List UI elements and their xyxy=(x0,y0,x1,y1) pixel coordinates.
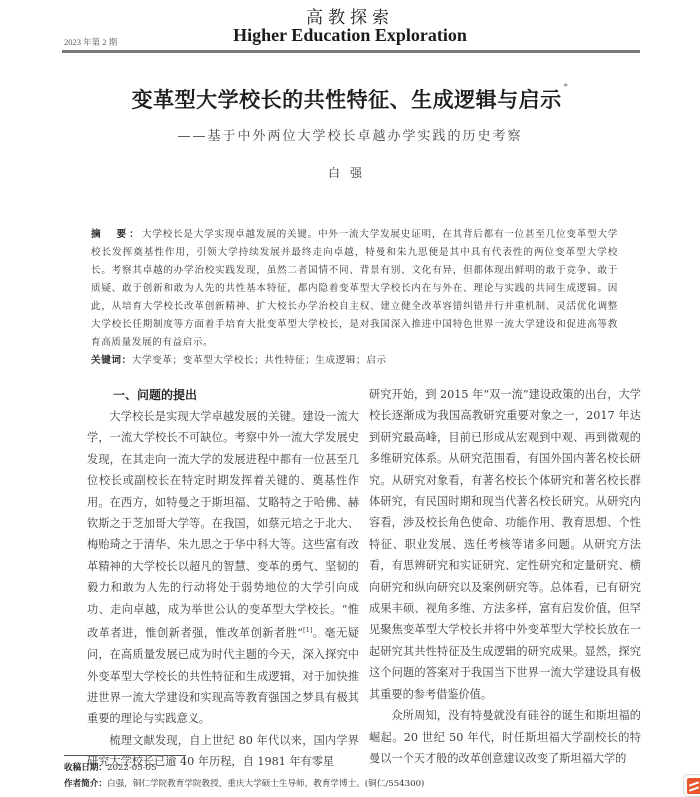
article-subtitle: ——基于中外两位大学校长卓越办学实践的历史考察 xyxy=(0,125,700,144)
journal-name-english: Higher Education Exploration xyxy=(0,25,700,46)
keywords-label: 关键词： xyxy=(91,355,132,366)
app-logo-icon xyxy=(687,778,700,794)
header-divider xyxy=(62,50,640,53)
body-column-right: 研究开始，到 2015 年“双一流”建设政策的出台，大学校长逐渐成为我国高教研究… xyxy=(369,384,641,769)
footnote-divider xyxy=(64,755,186,756)
author-bio: 作者简介：白强，铜仁学院教育学院教授，重庆大学硕士生导师，教育学博士。(铜仁/5… xyxy=(64,776,624,792)
abstract: 摘 要：大学校长是大学实现卓越发展的关键。中外一流大学发展史证明，在其背后都有一… xyxy=(91,226,618,352)
article-title-text: 变革型大学校长的共性特征、生成逻辑与启示 xyxy=(132,88,562,112)
received-date-value: 2022-05-05 xyxy=(107,763,157,773)
received-date-label: 收稿日期： xyxy=(64,763,107,773)
citation-ref[interactable]: [1] xyxy=(303,626,312,634)
author-bio-value: 白强，铜仁学院教育学院教授，重庆大学硕士生导师，教育学博士。(铜仁/554300… xyxy=(107,779,424,789)
received-date: 收稿日期：2022-05-05 xyxy=(64,760,624,776)
body-paragraph: 研究开始，到 2015 年“双一流”建设政策的出台，大学校长逐渐成为我国高教研究… xyxy=(369,384,641,705)
paragraph-text: 。毫无疑问，在高质量发展已成为时代主题的今天，深入探究中外变革型大学校长的共性特… xyxy=(87,627,359,726)
journal-header: 高教探索 2023 年第 2 期 Higher Education Explor… xyxy=(0,0,700,50)
abstract-text: 大学校长是大学实现卓越发展的关键。中外一流大学发展史证明，在其背后都有一位甚至几… xyxy=(91,229,618,348)
article-title: 变革型大学校长的共性特征、生成逻辑与启示* xyxy=(0,84,700,114)
author-bio-label: 作者简介： xyxy=(64,779,107,789)
floating-app-icon[interactable] xyxy=(683,774,700,797)
body-paragraph: 大学校长是实现大学卓越发展的关键。建设一流大学，一流大学校长不可缺位。考察中外一… xyxy=(87,406,359,730)
abstract-label: 摘 要： xyxy=(91,229,142,240)
footnotes: 收稿日期：2022-05-05 作者简介：白强，铜仁学院教育学院教授，重庆大学硕… xyxy=(64,760,624,792)
keywords: 关键词：大学变革；变革型大学校长；共性特征；生成逻辑；启示 xyxy=(91,353,618,369)
author-name: 白强 xyxy=(0,164,700,181)
keywords-text: 大学变革；变革型大学校长；共性特征；生成逻辑；启示 xyxy=(132,355,387,366)
paragraph-text: 大学校长是实现大学卓越发展的关键。建设一流大学，一流大学校长不可缺位。考察中外一… xyxy=(87,410,359,640)
title-footnote-mark: * xyxy=(564,82,569,91)
body-column-left: 一、问题的提出 大学校长是实现大学卓越发展的关键。建设一流大学，一流大学校长不可… xyxy=(87,384,359,773)
section-heading: 一、问题的提出 xyxy=(87,384,359,406)
